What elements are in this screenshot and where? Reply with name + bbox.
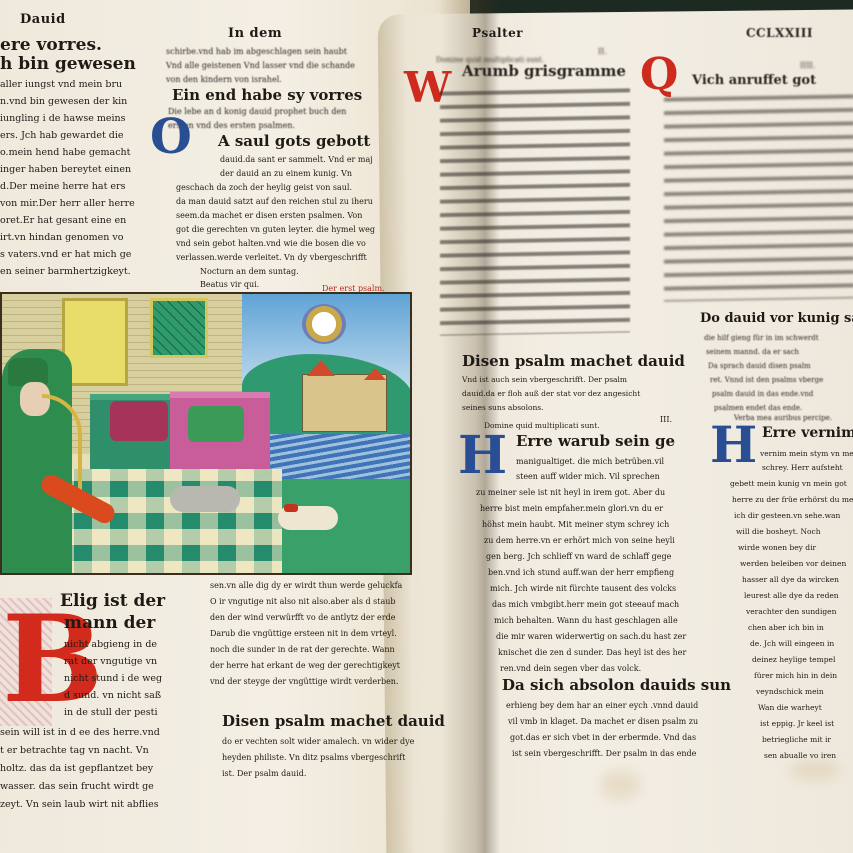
psalm5-text: leurest alle dye da reden (744, 588, 839, 605)
leaded-window (150, 298, 208, 358)
psalm3-title: Erre warub sein ge (516, 432, 675, 450)
left-col-line: h bin gewesen (0, 53, 136, 75)
psalm5-text: will die bosheyt. Noch (736, 524, 821, 541)
psalm2-heading: Disen psalm machet dauid (222, 712, 445, 730)
psalm1-line: wasser. das sein frucht wirdt ge (0, 778, 154, 795)
psalm3-line: seines suns absolons. (462, 400, 544, 417)
woodcut-illustration (0, 292, 412, 575)
right-running-head: Psalter (472, 26, 523, 40)
psalm1-cont-line: O ir vngutige nit also nit also.aber als… (210, 594, 396, 611)
green-cushion (188, 406, 244, 442)
psalm3-text: steen auff wider mich. Vil sprechen (516, 469, 660, 486)
psalm3-text: herre bist mein empfaher.mein glori.vn d… (480, 501, 663, 518)
psalm4-line: ist sein vbergeschrifft. Der psalm in da… (512, 746, 696, 763)
paper-stain (790, 760, 840, 780)
psalm3-numeral: III. (660, 412, 672, 429)
psalm5-text: werden beleiben vor deinen (740, 556, 846, 573)
left-col-line: iungling i de hawse meins (0, 110, 126, 127)
psalm5-text: chen aber ich bin in (748, 620, 824, 637)
castle-roof (307, 360, 335, 376)
psalm1-line: nicht stund i de weg (64, 670, 162, 687)
psalm1-cont-line: den der wind verwürfft vo de antlytz der… (210, 610, 395, 627)
left-col-line: ers. Jch hab gewardet die (0, 127, 124, 144)
folio-number: CCLXXIII (746, 26, 813, 40)
psalm3-text: mich. Jch wirde nit fürchte tausent des … (490, 581, 676, 598)
psalm3-text: ben.vnd ich stund auff.wan der herr empf… (488, 565, 674, 582)
psalm4-numeral: IIII. (800, 58, 815, 75)
psalm5-text: betriegliche mit ir (762, 732, 831, 749)
psalm1-line: zeyt. Vn sein laub wirt nit abflies (0, 796, 159, 813)
psalm5-text: wirde wonen bey dir (738, 540, 816, 557)
paper-stain (600, 770, 640, 800)
psalm4-line: got.das er sich vbet in der erbermde. Vn… (510, 730, 696, 747)
left-col-line: von mir.Der herr aller herre (0, 195, 135, 212)
psalm5-text: hasser all dye da wircken (742, 572, 839, 589)
psalm1-line: nicht abgieng in de (64, 636, 157, 653)
psalm1-line: t er betrachte tag vn nacht. Vn (0, 742, 149, 759)
psalm4-title: Vich anruffet got (692, 72, 816, 90)
psalm1-line: d sund. vn nicht saß (64, 687, 161, 704)
left-col-line: aller iungst vnd mein bru (0, 76, 122, 93)
castle (302, 374, 387, 432)
left-col-line: irt.vn hindan genomen vo (0, 229, 123, 246)
psalm3-heading: Disen psalm machet dauid (462, 352, 685, 370)
psalm5-text: de. Jch will eingeen in (750, 636, 834, 653)
psalm1-line: in de stull der pesti (64, 704, 158, 721)
psalm3-text: höhst mein haubt. Mit meiner stym schrey… (482, 517, 669, 534)
psalm1-heading: mann der (64, 614, 155, 632)
section-heading: Ein end habe sy vorres (172, 86, 362, 104)
psalm5-text: ist eppig. Jr keel ist (760, 716, 834, 733)
left-col-line: d.Der meine herre hat ers (0, 178, 125, 195)
blue-initial-o: O (150, 112, 192, 162)
psalm5-text: ich dir gesteen.vn sehe.wan (734, 508, 840, 525)
psalm5-text: fürer mich hin in dein (754, 668, 837, 685)
psalm2-line: ist. Der psalm dauid. (222, 766, 306, 783)
left-running-head-2: In dem (228, 26, 282, 41)
left-col-line: en seiner barmhertzigkeyt. (0, 263, 131, 280)
psalm2-title: Arumb grisgramme (462, 62, 626, 80)
psalm5-heading: Do dauid vor kunig sa (700, 310, 853, 328)
blue-initial-h2: H (710, 418, 757, 472)
open-book-photo: Dauid ere vorres. h bin gewesen aller iu… (0, 0, 853, 853)
psalm2-line: do er vechten solt wider amalech. vn wid… (222, 734, 414, 751)
psalm1-cont-line: vnd der steyge der vngüttige wirdt verde… (210, 674, 399, 691)
left-col-line: s vaters.vnd er hat mich ge (0, 246, 131, 263)
left-col-line: inger haben bereytet einen (0, 161, 131, 178)
psalm3-text: zu meiner sele ist nit heyl in irem got.… (476, 485, 665, 502)
grey-dog (170, 486, 240, 512)
psalm5-text: verachter den sundigen (746, 604, 836, 621)
psalm5-text: deinez heylige tempel (752, 652, 835, 669)
left-col-line: o.mein hend habe gemacht (0, 144, 130, 161)
psalm4-line: vil vmb in klaget. Da machet er disen ps… (508, 714, 698, 731)
psalm5-text: gebett mein kunig vn mein got (730, 476, 847, 493)
psalm1-line: rat der vngutige vn (64, 653, 157, 670)
psalm5-text: schrey. Herr aufsteht (762, 460, 843, 477)
psalm1-line: holtz. das da ist gepflantzet bey (0, 760, 153, 777)
psalm1-cont-line: sen.vn alle dig dy er wirdt thun werde g… (210, 578, 402, 595)
psalm4-heading: Da sich absolon dauids sun (502, 676, 731, 694)
psalm3-text: mich behalten. Wann du hast geschlagen a… (494, 613, 678, 630)
psalm5-text: Wan die warheyt (758, 700, 822, 717)
psalm1-cont-line: der herre hat erkant de weg der gerechti… (210, 658, 400, 675)
roman-numeral: II. (598, 44, 607, 61)
castle-roof (364, 368, 386, 380)
dove-in-glory (302, 304, 346, 344)
psalm3-text: das mich vmbgibt.herr mein got steeauf m… (492, 597, 679, 614)
red-cushion (110, 401, 168, 441)
dog-collar (284, 504, 298, 512)
right-page-right-column-body (664, 88, 853, 301)
psalm3-text: zu dem herre.vn er erhört mich von seine… (484, 533, 675, 550)
blue-initial-h: H (458, 428, 507, 484)
psalm1-cont-line: Darub die vngüttige ersteen nit in dem v… (210, 626, 397, 643)
psalm1-cont-line: noch die sunder in de rat der gerechte. … (210, 642, 395, 659)
psalm1-line: sein will ist in d ee des herre.vnd (0, 724, 160, 741)
psalm5-text: herre zu der früe erhörst du mein (732, 492, 853, 509)
psalm3-text: gen berg. Jch schlieff vn ward de schlaf… (486, 549, 671, 566)
psalm2-line: heyden philiste. Vn ditz psalms vbergesc… (222, 750, 405, 767)
right-page-left-column-body (440, 82, 630, 335)
psalm3-text: knischet die zen d sunder. Das heyl ist … (498, 645, 686, 662)
psalm5-text: veyndschick mein (756, 684, 824, 701)
psalm-heading: A saul gots gebott (218, 132, 370, 150)
left-running-head: Dauid (20, 12, 66, 27)
left-col-line: oret.Er hat gesant eine en (0, 212, 126, 229)
psalm5-title: Erre vernim (762, 424, 853, 442)
psalm1-heading: Elig ist der (60, 592, 165, 610)
psalm4-line: erhieng bey dem har an einer eych .vnnd … (506, 698, 698, 715)
left-col-line: n.vnd bin gewesen der kin (0, 93, 127, 110)
psalm3-text: die mir waren widerwertig on sach.du has… (496, 629, 686, 646)
